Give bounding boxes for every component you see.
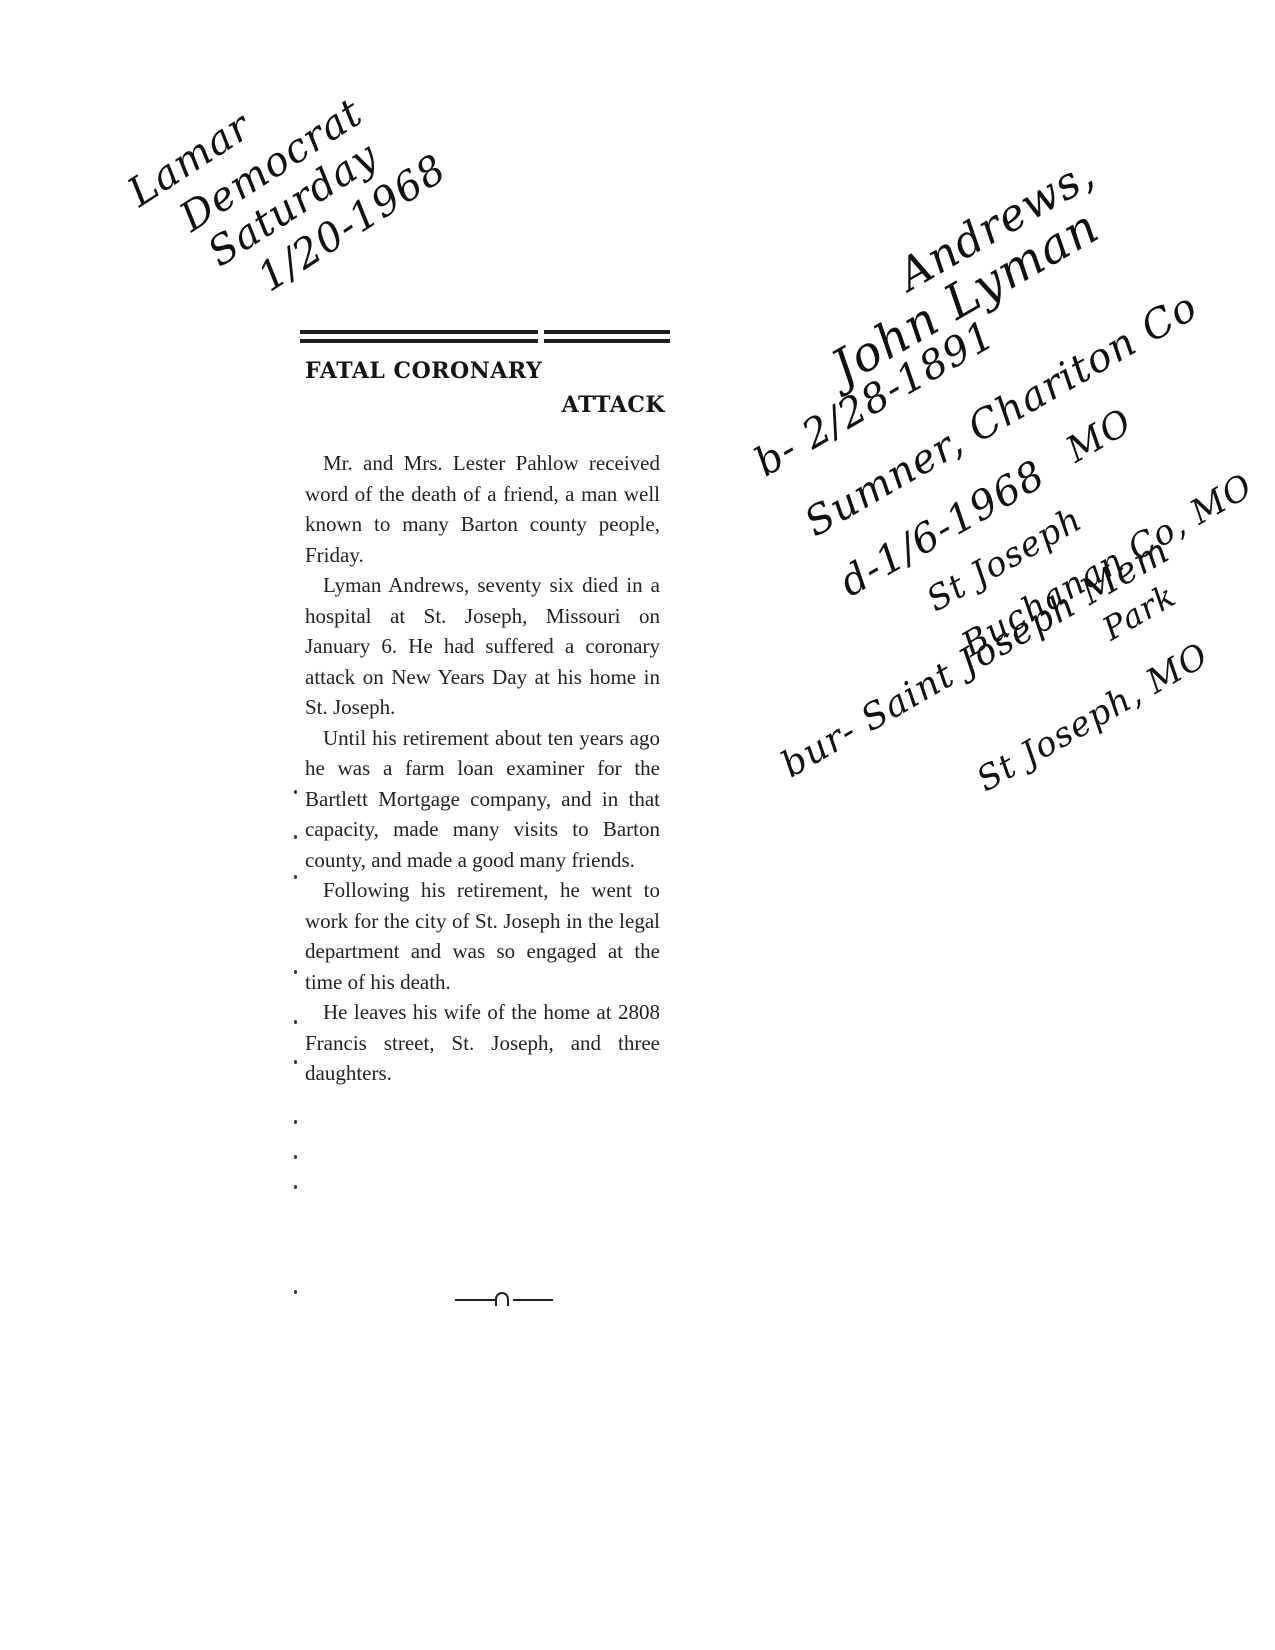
edge-speck xyxy=(294,835,297,839)
rule-segment xyxy=(300,330,538,334)
rule-segment xyxy=(300,339,538,343)
ornament-line xyxy=(513,1299,553,1301)
article-paragraph: Lyman Andrews, seventy six died in a hos… xyxy=(305,570,660,723)
article-paragraph: Following his retirement, he went to wor… xyxy=(305,875,660,997)
edge-speck xyxy=(294,1185,297,1189)
headline-line-1: FATAL CORONARY xyxy=(305,358,665,384)
rule-segment xyxy=(544,339,670,343)
handwritten-source-note: Lamar Democrat Saturday 1/20-1968 xyxy=(135,100,435,290)
birth-state: MO xyxy=(1060,401,1140,471)
edge-speck xyxy=(294,1120,297,1124)
article-paragraph: He leaves his wife of the home at 2808 F… xyxy=(305,997,660,1089)
clipping-edge-marks xyxy=(294,780,300,1300)
headline-double-rule xyxy=(300,330,670,344)
article-paragraph: Until his retirement about ten years ago… xyxy=(305,723,660,876)
rule-segment xyxy=(544,330,670,334)
edge-speck xyxy=(294,970,297,974)
edge-speck xyxy=(294,1060,297,1064)
newspaper-clipping: FATAL CORONARY ATTACK Mr. and Mrs. Leste… xyxy=(300,330,670,1320)
headline-line-2: ATTACK xyxy=(305,392,665,418)
handwritten-genealogy-note: Andrews, John Lyman b- 2/28-1891 Sumner,… xyxy=(760,160,1230,820)
edge-speck xyxy=(294,790,297,794)
article-headline: FATAL CORONARY ATTACK xyxy=(305,358,665,418)
article-body: Mr. and Mrs. Lester Pahlow received word… xyxy=(305,448,660,1089)
ornament-loop xyxy=(495,1292,509,1306)
article-paragraph: Mr. and Mrs. Lester Pahlow received word… xyxy=(305,448,660,570)
edge-speck xyxy=(294,1020,297,1024)
edge-speck xyxy=(294,1155,297,1159)
end-of-article-ornament xyxy=(455,1292,555,1306)
edge-speck xyxy=(294,875,297,879)
edge-speck xyxy=(294,1290,297,1294)
ornament-line xyxy=(455,1299,495,1301)
